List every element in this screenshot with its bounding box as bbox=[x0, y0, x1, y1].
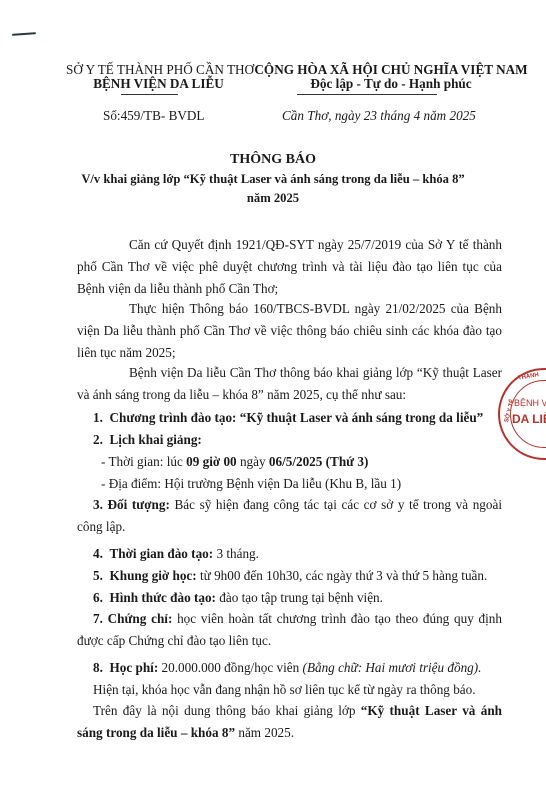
item-number: 6. bbox=[93, 590, 103, 605]
agency-name: SỞ Y TẾ THÀNH PHỐ CẦN THƠ bbox=[66, 62, 251, 77]
document-title: THÔNG BÁO bbox=[0, 152, 546, 168]
paragraph-closing: Trên đây là nội dung thông báo khai giản… bbox=[77, 700, 502, 744]
paragraph-basis: Căn cứ Quyết định 1921/QĐ-SYT ngày 25/7/… bbox=[77, 234, 502, 299]
item-number: 3. bbox=[93, 497, 103, 512]
item-label: Lịch khai giảng: bbox=[109, 432, 201, 447]
item-class-hours: 5. Khung giờ học: từ 9h00 đến 10h30, các… bbox=[93, 568, 487, 583]
document-subject-year: năm 2025 bbox=[0, 191, 546, 206]
item-format: 6. Hình thức đào tạo: đào tạo tập trung … bbox=[93, 590, 383, 605]
item-text: đào tạo tập trung tại bệnh viện. bbox=[216, 590, 383, 605]
hospital-underline bbox=[121, 94, 178, 95]
item-text: từ 9h00 đến 10h30, các ngày thứ 3 và thứ… bbox=[197, 568, 488, 583]
item-text: 3 tháng. bbox=[213, 546, 259, 561]
national-motto: Độc lập - Tự do - Hạnh phúc bbox=[250, 76, 532, 91]
item-label: Hình thức đào tạo: bbox=[109, 590, 215, 605]
stamp-line2: DA LIỄU bbox=[512, 412, 546, 426]
document-number: Số:459/TB- BVDL bbox=[103, 108, 204, 123]
item-number: 1. bbox=[93, 410, 103, 425]
stamp-line1: BỆNH VIỆN bbox=[514, 398, 546, 408]
start-date: 06/5/2025 (Thứ 3) bbox=[269, 454, 369, 469]
time-prefix: - Thời gian: lúc bbox=[101, 454, 186, 469]
item-duration: 4. Thời gian đào tạo: 3 tháng. bbox=[93, 546, 259, 561]
item-schedule: 2. Lịch khai giảng: bbox=[93, 432, 202, 447]
item-text: 20.000.000 đồng/học viên bbox=[158, 660, 302, 675]
paragraph-enrollment-open: Hiện tại, khóa học vẫn đang nhận hồ sơ l… bbox=[93, 682, 476, 697]
item-program: 1. Chương trình đào tạo: “Kỹ thuật Laser… bbox=[93, 410, 483, 425]
item-label: Học phí: bbox=[109, 660, 158, 675]
item-label: Chương trình đào tạo: “Kỹ thuật Laser và… bbox=[109, 410, 483, 425]
document-subject: V/v khai giảng lớp “Kỹ thuật Laser và án… bbox=[0, 172, 546, 187]
paragraph-implementation: Thực hiện Thông báo 160/TBCS-BVDL ngày 2… bbox=[77, 298, 502, 363]
item-label: Chứng chỉ: bbox=[108, 611, 173, 626]
pen-mark bbox=[12, 32, 36, 36]
start-time: 09 giờ 00 bbox=[186, 454, 237, 469]
national-title: CỘNG HÒA XÃ HỘI CHỦ NGHĨA VIỆT NAM bbox=[250, 62, 532, 77]
item-certificate: 7. Chứng chỉ: học viên hoàn tất chương t… bbox=[77, 608, 502, 652]
item-tuition: 8. Học phí: 20.000.000 đồng/học viên (Bằ… bbox=[93, 660, 481, 675]
closing-prefix: Trên đây là nội dung thông báo khai giản… bbox=[93, 703, 361, 718]
item-audience: 3. Đối tượng: Bác sỹ hiện đang công tác … bbox=[77, 494, 502, 538]
item-number: 2. bbox=[93, 432, 103, 447]
item-number: 7. bbox=[93, 611, 103, 626]
official-stamp: THÀNH SỞ Y TẾ BỆNH VIỆN DA LIỄU bbox=[498, 368, 546, 460]
item-number: 8. bbox=[93, 660, 103, 675]
item-label: Khung giờ học: bbox=[109, 568, 196, 583]
closing-suffix: năm 2025. bbox=[235, 725, 294, 740]
item-label: Thời gian đào tạo: bbox=[109, 546, 213, 561]
paragraph-announcement: Bệnh viện Da liễu Cần Thơ thông báo khai… bbox=[77, 362, 502, 406]
item-number: 5. bbox=[93, 568, 103, 583]
motto-underline bbox=[297, 94, 437, 95]
place-date: Cần Thơ, ngày 23 tháng 4 năm 2025 bbox=[282, 108, 476, 123]
schedule-location: - Địa điểm: Hội trường Bệnh viện Da liễu… bbox=[101, 476, 401, 491]
schedule-time: - Thời gian: lúc 09 giờ 00 ngày 06/5/202… bbox=[101, 454, 368, 469]
tuition-in-words: (Bằng chữ: Hai mươi triệu đồng). bbox=[303, 660, 482, 675]
time-mid: ngày bbox=[237, 454, 269, 469]
item-number: 4. bbox=[93, 546, 103, 561]
item-label: Đối tượng: bbox=[108, 497, 170, 512]
hospital-name: BỆNH VIỆN DA LIỄU bbox=[66, 76, 251, 91]
